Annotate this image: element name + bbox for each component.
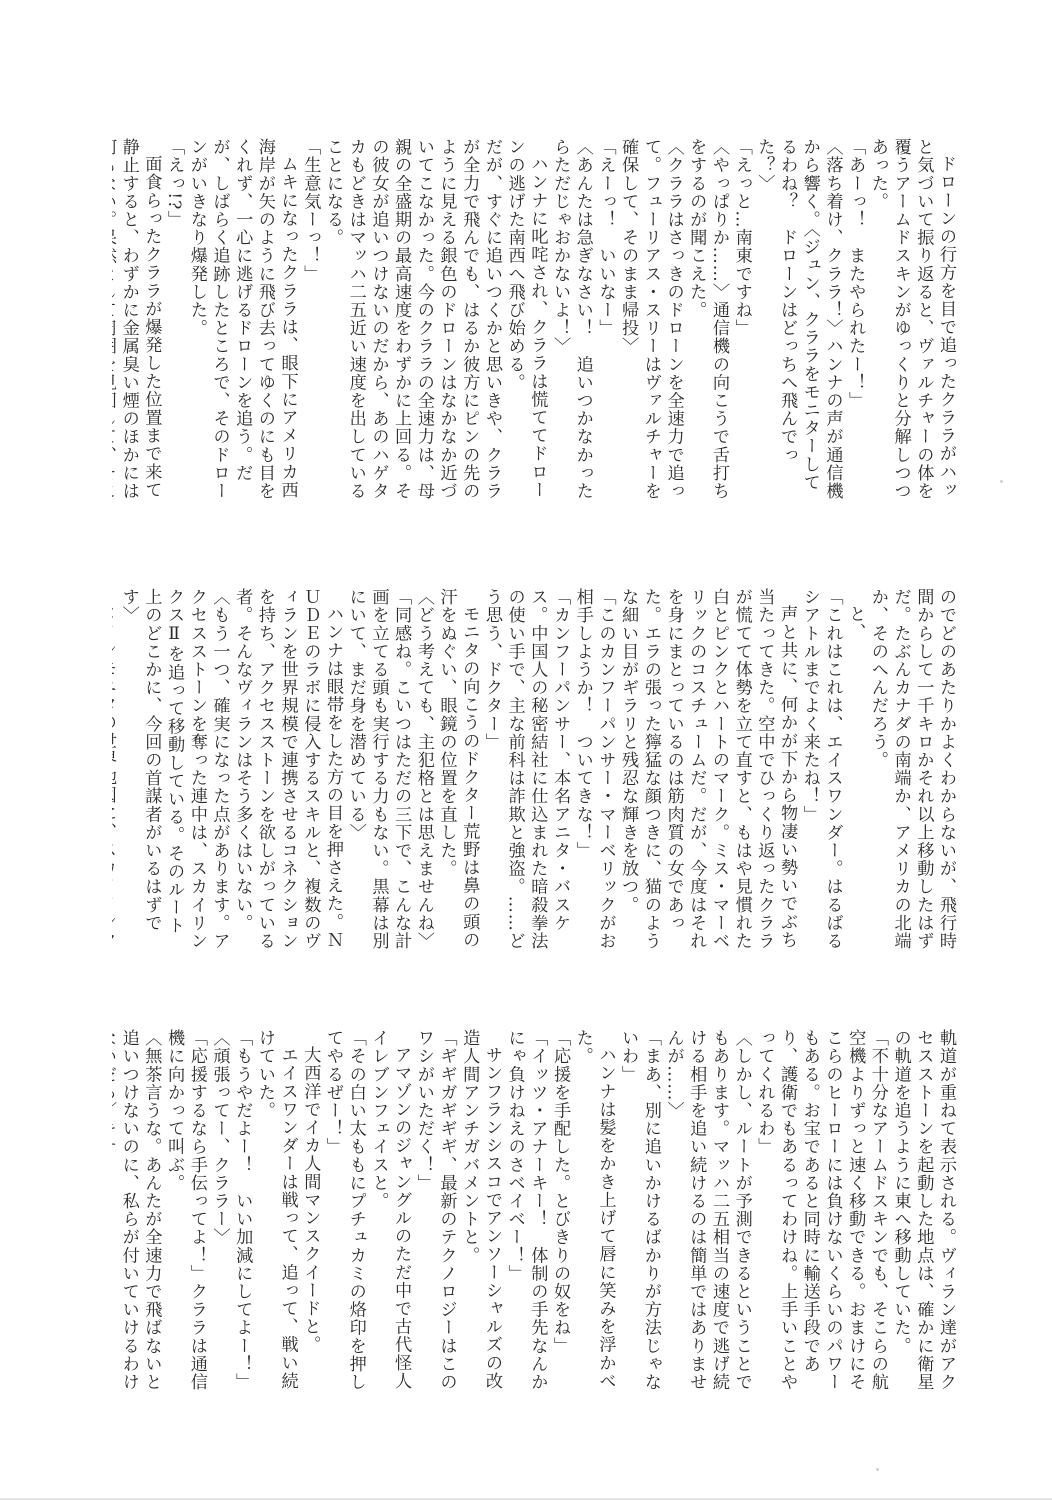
paragraph: 〈クララはさっきのドローンを全速力で追って。フューリアス・スリーはヴァルチャーを… [616, 138, 684, 500]
paragraph: 「カンフーパンサー、本名アニタ・バスケス。中国人の秘密結社に仕込まれた暗殺拳法の… [480, 588, 571, 950]
paragraph: 〈どう考えても、主犯格とは思えませんね〉 [412, 588, 435, 950]
paragraph: 声と共に、何かが下から物凄い勢いでぶち当たってきた。空中でひっくり返ったクララが… [616, 588, 798, 950]
paragraph: 「同感ね。こいつはただの三下で、こんな計画を立てる頭も実行する力もない。黒幕は別… [344, 588, 412, 950]
paragraph: 「応援を手配した。とびきりの奴をね」 [548, 1029, 571, 1391]
paragraph: のでどのあたりかよくわからないが、飛行時間からして一千キロかそれ以上移動したはず… [866, 588, 957, 950]
paragraph: 「まあ、別に追いかけるばかりが方法じゃないわ」 [616, 1029, 661, 1391]
scan-speck [876, 1468, 879, 1471]
paragraph: 軌道が重ねて表示される。ヴィラン達がアクセスストーンを起動した地点は、確かに衛星… [889, 1029, 957, 1391]
paragraph: ドローンの行方を目で追ったクララがハッと気づいて振り返ると、ヴァルチャーの体を覆… [866, 138, 957, 500]
paragraph: 「その白い太ももにプチュカミの烙印を押してやるぜー！」 [321, 1029, 366, 1391]
paragraph: と、 [843, 588, 866, 950]
paragraph: サンフランシスコでアンソーシャルズの改造人間アンチガバメントと。 [458, 1029, 503, 1391]
paragraph: 〈頑張ってー、クララー〉 [208, 1029, 231, 1391]
paragraph: だが、すぐに追いつくかと思いきや、クララが全力で飛んでも、はるか彼方にピンの先の… [321, 138, 503, 500]
paragraph: 〈落ち着け、クララ！〉ハンナの声が通信機から響く。〈ジュン、クララをモニターして… [753, 138, 844, 500]
text-tier-top: ドローンの行方を目で追ったクララがハッと気づいて振り返ると、ヴァルチャーの体を覆… [112, 138, 957, 500]
paragraph: 「これはこれは、エイスワンダー。はるばるシアトルまでよく来たね！」 [798, 588, 843, 950]
text-tier-middle: のでどのあたりかよくわからないが、飛行時間からして一千キロかそれ以上移動したはず… [112, 588, 957, 950]
paragraph: エイスワンダーは戦って、追って、戦い続けていた。 [253, 1029, 298, 1391]
paragraph: メインモニタの世界地図に、スカイリンクスⅡの [112, 588, 117, 950]
paragraph: 〈しかし、ルートが予測できるということでもあります。マッハ二五相当の速度で逃げ続… [662, 1029, 753, 1391]
paragraph: 大西洋でイカ人間マンスクイードと。 [299, 1029, 322, 1391]
paragraph: ハンナは眼帯をした方の目を押さえた。ＮＵＤＥのラボに侵入するスキルと、複数のヴィ… [231, 588, 345, 950]
text-tier-bottom: 軌道が重ねて表示される。ヴィラン達がアクセスストーンを起動した地点は、確かに衛星… [112, 1029, 957, 1391]
paragraph: ムキになったクララは、眼下にアメリカ西海岸が矢のように飛び去ってゆくのにも目をく… [185, 138, 299, 500]
paragraph: 「応援するなら手伝ってよ！」クララは通信機に向かって叫ぶ。 [162, 1029, 207, 1391]
paragraph: 〈無茶言うな。あんたが全速力で飛ばないと追いつけないのに、私らが付いていけるわけ… [112, 1029, 162, 1391]
paragraph: 「えーっ！ いいなー」 [594, 138, 617, 500]
paragraph: 「不十分なアームドスキンでも、そこらの航空機よりずっと速く移動できる。おまけにそ… [753, 1029, 889, 1391]
paragraph: 「イッツ・アナーキー！ 体制の手先なんかにゃ負けねえのさベイベー！」 [503, 1029, 548, 1391]
paragraph: 「えっと…南東ですね」 [730, 138, 753, 500]
paragraph: 「えっ!?」 [162, 138, 185, 500]
scan-speck [1000, 480, 1003, 483]
paragraph: 「このカンフーパンサー・マーベリックがお相手しようか！ ついてきな！」 [571, 588, 616, 950]
paragraph: 〈あんたは急ぎなさい！ 追いつかなかったらただじゃおかないよ！〉 [548, 138, 593, 500]
paragraph: モニタの向こうのドクター荒野は鼻の頭の汗をぬぐい、眼鏡の位置を直した。 [435, 588, 480, 950]
paragraph: 面食らったクララが爆発した位置まで来て静止すると、わずかに金属臭い煙のほかには何… [112, 138, 162, 500]
paragraph: 「ギギガギギギ、最新のテクノロジーはこのワシがいただく！」 [412, 1029, 457, 1391]
paragraph: 「もうやだよー！ いい加減にしてよー！」 [231, 1029, 254, 1391]
paragraph: 〈やっぱりか……〉通信機の向こうで舌打ちをするのが聞こえた。 [685, 138, 730, 500]
paragraph: アマゾンのジャングルのただ中で古代怪人イレブンフェイスと。 [367, 1029, 412, 1391]
paragraph: ハンナに叱咤され、クララは慌ててドローンの逃げた南西へ飛び始める。 [503, 138, 548, 500]
paragraph: 「あーっ！ またやられたー！」 [843, 138, 866, 500]
paragraph: ハンナは髪をかき上げて唇に笑みを浮かべた。 [571, 1029, 616, 1391]
paragraph: 〈もう一つ、確実になった点があります。アクセスストーンを奪った連中は、スカイリン… [117, 588, 231, 950]
paragraph: 「生意気ーっ！」 [299, 138, 322, 500]
